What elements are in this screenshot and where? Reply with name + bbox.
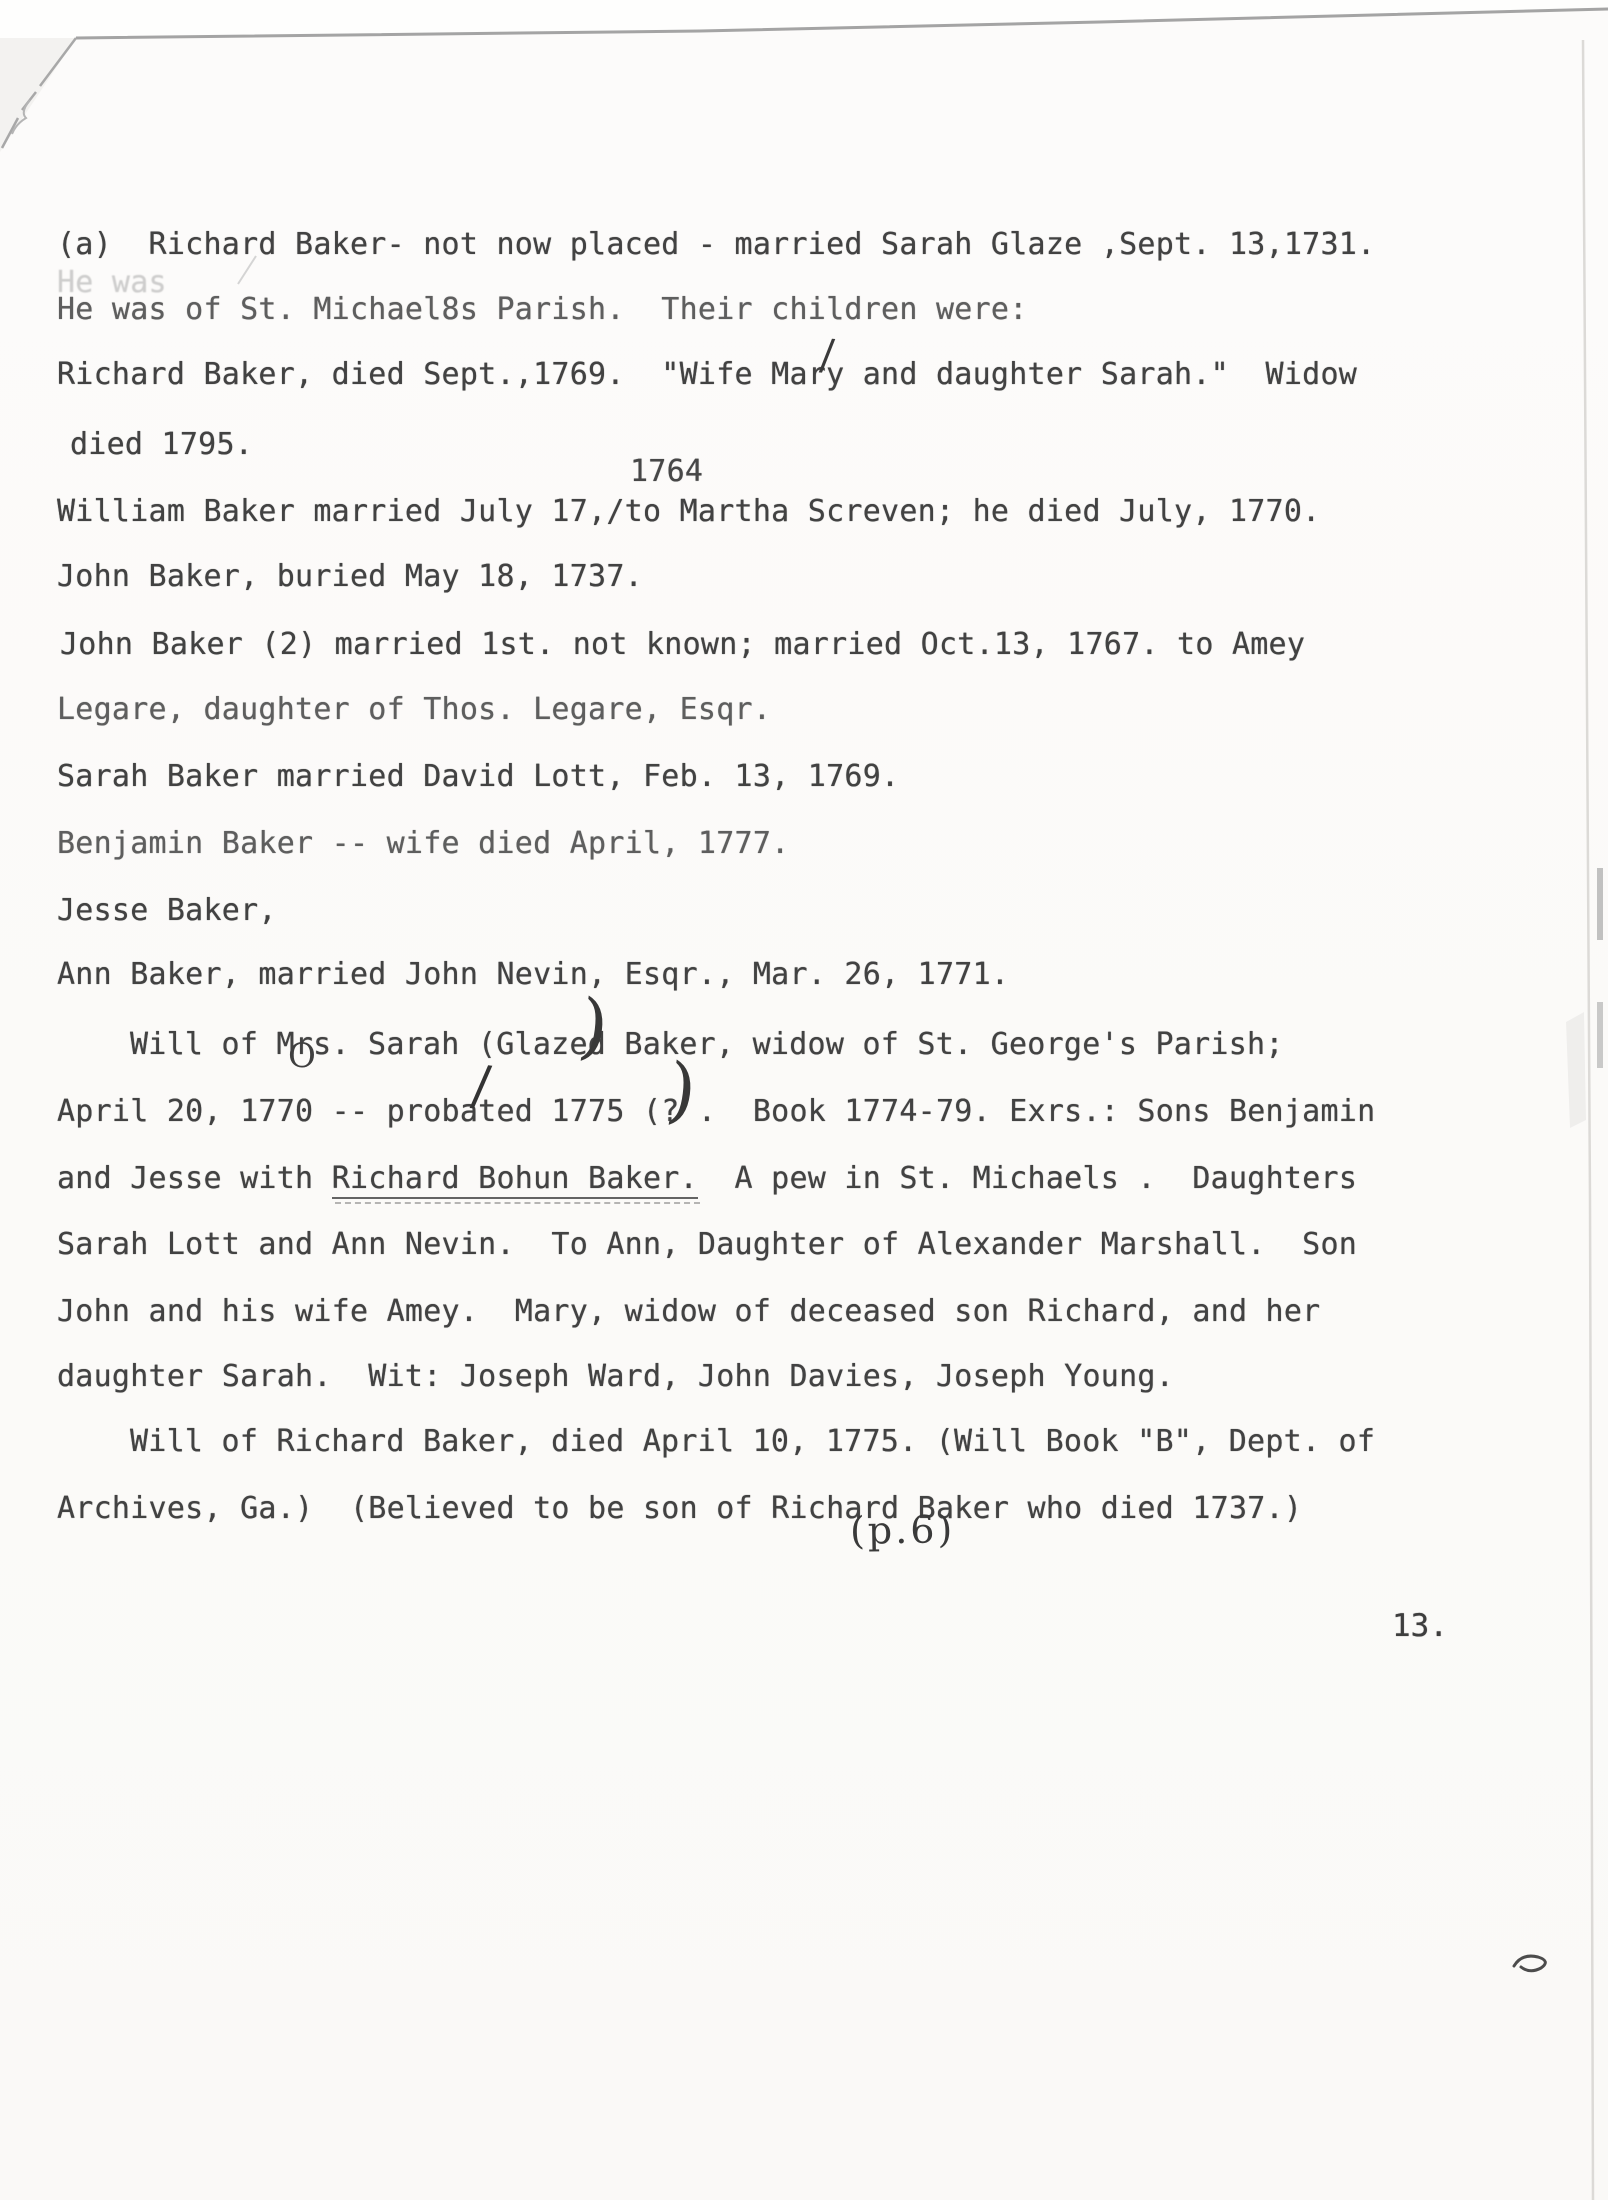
text-line-7: John Baker, buried May 18, 1737. bbox=[57, 560, 643, 594]
text-line-17: Sarah Lott and Ann Nevin. To Ann, Daught… bbox=[57, 1228, 1357, 1262]
text-segment: daughter Sarah. Wit: Joseph Ward, John D… bbox=[57, 1359, 1174, 1394]
text-segment: John Baker, buried May 18, 1737. bbox=[57, 559, 643, 594]
typed-insertion-1764: 1764 bbox=[630, 454, 703, 489]
text-line-11: Benjamin Baker -- wife died April, 1777. bbox=[57, 827, 789, 861]
text-line-15: April 20, 1770 -- probated 1775 (? . Boo… bbox=[57, 1095, 1375, 1129]
text-segment: Will of Richard Baker, died April 10, 17… bbox=[130, 1424, 1375, 1459]
hand-page-ref: (p.6) bbox=[850, 1507, 956, 1553]
right-edge-hatch bbox=[1566, 1012, 1586, 1128]
hand-o-over-1770: O bbox=[288, 1040, 316, 1072]
text-line-4: Richard Baker, died Sept.,1769. "Wife Ma… bbox=[57, 358, 1357, 392]
text-segment: John and his wife Amey. Mary, widow of d… bbox=[57, 1294, 1321, 1329]
text-segment: and Jesse with bbox=[57, 1161, 332, 1196]
text-segment: Benjamin Baker -- wife died April, 1777. bbox=[57, 826, 789, 861]
text-segment: died 1795. bbox=[70, 427, 253, 462]
pen-scribble bbox=[1514, 1956, 1545, 1971]
text-segment: He was of St. Michael8s Parish. Their ch… bbox=[57, 292, 1028, 327]
text-segment: April 20, 1770 -- probated 1775 (? . Boo… bbox=[57, 1094, 1375, 1129]
text-line-18: John and his wife Amey. Mary, widow of d… bbox=[57, 1295, 1321, 1329]
text-line-13: Ann Baker, married John Nevin, Esqr., Ma… bbox=[57, 958, 1009, 992]
text-segment: Jesse Baker, bbox=[57, 893, 277, 928]
text-line-10: Sarah Baker married David Lott, Feb. 13,… bbox=[57, 760, 899, 794]
text-segment: Archives, Ga.) (Believed to be son of Ri… bbox=[57, 1491, 1302, 1526]
text-segment: (a) Richard Baker- not now placed - marr… bbox=[57, 227, 1375, 262]
text-segment: Sarah Baker married David Lott, Feb. 13,… bbox=[57, 759, 899, 794]
right-edge-mark-upper bbox=[1597, 868, 1603, 940]
text-line-3: He was of St. Michael8s Parish. Their ch… bbox=[57, 293, 1028, 327]
text-line-12: Jesse Baker, bbox=[57, 894, 277, 928]
text-segment: A pew in St. Michaels . Daughters bbox=[698, 1161, 1357, 1196]
underlined-text: Richard Bohun Baker. bbox=[332, 1161, 698, 1199]
right-edge-mark-lower bbox=[1597, 1002, 1603, 1068]
text-segment: Legare, daughter of Thos. Legare, Esqr. bbox=[57, 692, 771, 727]
text-line-9: Legare, daughter of Thos. Legare, Esqr. bbox=[57, 693, 771, 727]
text-line-5: died 1795. bbox=[70, 428, 253, 462]
text-segment: Sarah Lott and Ann Nevin. To Ann, Daught… bbox=[57, 1227, 1357, 1262]
scanner-bed-area bbox=[0, 0, 1608, 38]
text-segment: John Baker (2) married 1st. not known; m… bbox=[60, 627, 1305, 662]
scanned-document-page: (a) Richard Baker- not now placed - marr… bbox=[0, 0, 1608, 2200]
text-line-16: and Jesse with Richard Bohun Baker. A pe… bbox=[57, 1162, 1357, 1196]
text-line-21: Archives, Ga.) (Believed to be son of Ri… bbox=[57, 1492, 1302, 1526]
text-line-19: daughter Sarah. Wit: Joseph Ward, John D… bbox=[57, 1360, 1174, 1394]
page-number: 13. bbox=[1392, 1608, 1448, 1644]
text-line-20: Will of Richard Baker, died April 10, 17… bbox=[130, 1425, 1375, 1459]
text-line-1: (a) Richard Baker- not now placed - marr… bbox=[57, 228, 1375, 262]
hand-slash-over-mary: / bbox=[819, 336, 836, 375]
text-line-8: John Baker (2) married 1st. not known; m… bbox=[60, 628, 1305, 662]
text-segment: Richard Baker, died Sept.,1769. "Wife Ma… bbox=[57, 357, 1357, 392]
text-segment: William Baker married July 17,/to Martha… bbox=[57, 494, 1321, 529]
text-segment: Ann Baker, married John Nevin, Esqr., Ma… bbox=[57, 957, 1009, 992]
text-line-6: William Baker married July 17,/to Martha… bbox=[57, 495, 1321, 529]
